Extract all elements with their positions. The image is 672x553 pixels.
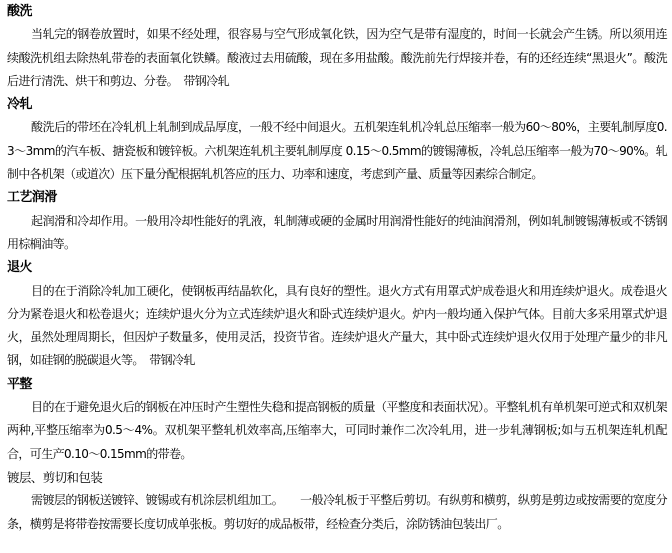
section-heading-process-lubrication: 工艺润滑 bbox=[7, 186, 667, 209]
section-cold-rolling: 冷轧 酸洗后的带坯在冷轧机上轧制到成品厚度，一般不经中间退火。五机架连轧机冷轧总… bbox=[7, 93, 667, 186]
section-heading-coating-shearing-packaging: 镀层、剪切和包装 bbox=[7, 466, 667, 489]
section-heading-pickling: 酸洗 bbox=[7, 0, 667, 23]
section-coating-shearing-packaging: 镀层、剪切和包装 需镀层的钢板送镀锌、镀锡或有机涂层机组加工。 一般冷轧板于平整… bbox=[7, 466, 667, 536]
section-annealing: 退火 目的在于消除冷轧加工硬化，使钢板再结晶软化，具有良好的塑性。退火方式有用罩… bbox=[7, 256, 667, 372]
document-body: 酸洗 当轧完的钢卷放置时，如果不经处理，很容易与空气形成氧化铁，因为空气是带有湿… bbox=[0, 0, 672, 536]
section-paragraph: 需镀层的钢板送镀锌、镀锡或有机涂层机组加工。 一般冷轧板于平整后剪切。有纵剪和横… bbox=[7, 489, 667, 536]
section-paragraph: 目的在于避免退火后的钢板在冲压时产生塑性失稳和提高钢板的质量（平整度和表面状况）… bbox=[7, 396, 667, 466]
section-paragraph: 当轧完的钢卷放置时，如果不经处理，很容易与空气形成氧化铁，因为空气是带有湿度的，… bbox=[7, 23, 667, 93]
section-paragraph: 起润滑和冷却作用。一般用冷却性能好的乳液，轧制薄或硬的金属时用润滑性能好的纯油润… bbox=[7, 210, 667, 257]
section-paragraph: 目的在于消除冷轧加工硬化，使钢板再结晶软化，具有良好的塑性。退火方式有用罩式炉成… bbox=[7, 280, 667, 373]
section-pickling: 酸洗 当轧完的钢卷放置时，如果不经处理，很容易与空气形成氧化铁，因为空气是带有湿… bbox=[7, 0, 667, 93]
section-paragraph: 酸洗后的带坯在冷轧机上轧制到成品厚度，一般不经中间退火。五机架连轧机冷轧总压缩率… bbox=[7, 116, 667, 186]
section-heading-temper-rolling: 平整 bbox=[7, 373, 667, 396]
section-heading-annealing: 退火 bbox=[7, 256, 667, 279]
section-heading-cold-rolling: 冷轧 bbox=[7, 93, 667, 116]
section-process-lubrication: 工艺润滑 起润滑和冷却作用。一般用冷却性能好的乳液，轧制薄或硬的金属时用润滑性能… bbox=[7, 186, 667, 256]
section-temper-rolling: 平整 目的在于避免退火后的钢板在冲压时产生塑性失稳和提高钢板的质量（平整度和表面… bbox=[7, 373, 667, 466]
